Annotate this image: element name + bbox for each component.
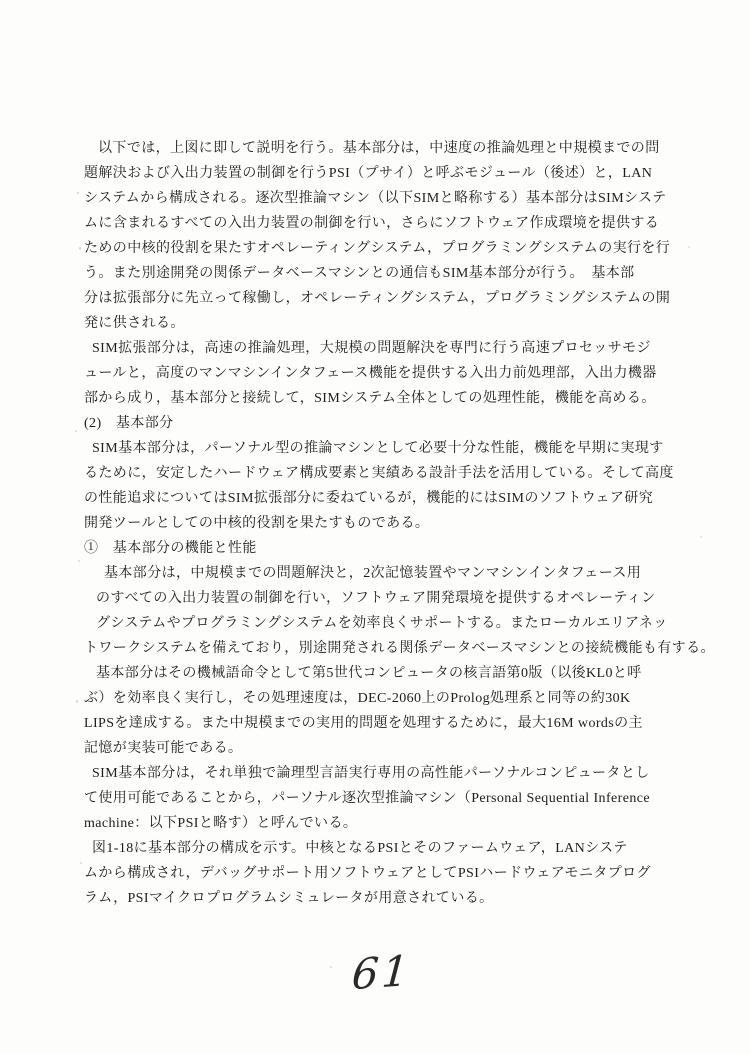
text-line: ムから構成され，デバッグサポート用ソフトウェアとしてPSIハードウェアモニタプロ…: [84, 861, 680, 886]
text-line: ュールと，高度のマンマシンインタフェース機能を提供する入出力前処理部，入出力機器: [84, 361, 680, 386]
scan-speck: [688, 246, 690, 248]
text-line: う。また別途開発の関係データベースマシンとの通信もSIM基本部分が行う。 基本部: [84, 261, 680, 286]
scan-speck: [77, 192, 79, 194]
text-line: ラム，PSIマイクロプログラムシミュレータが用意されている。: [84, 886, 680, 911]
scan-speck: [147, 144, 150, 148]
scan-speck: [76, 700, 78, 703]
text-line: 基本部分はその機械語命令として第5世代コンピュータの核言語第0版（以後KL0と呼: [84, 661, 680, 686]
text-line: グシステムやプログラミングシステムを効率良くサポートする。またローカルエリアネッ: [84, 611, 680, 636]
handwritten-page-number: 61: [350, 946, 413, 1000]
text-line: SIM拡張部分は，高速の推論処理，大規模の問題解決を専門に行う高速プロセッサモジ: [84, 336, 680, 361]
text-line: SIM基本部分は，それ単独で論理型言語実行専用の高性能パーソナルコンピュータとし: [84, 761, 680, 786]
text-line: 記憶が実装可能である。: [84, 736, 680, 761]
text-line: 図1-18に基本部分の構成を示す。中核となるPSIとそのファームウェア，LANシ…: [84, 836, 680, 861]
text-line: の性能追求についてはSIM拡張部分に委ねているが，機能的にはSIMのソフトウェア…: [84, 486, 680, 511]
text-line: システムから構成される。逐次型推論マシン（以下SIMと略称する）基本部分はSIM…: [84, 186, 680, 211]
text-line: 題解決および入出力装置の制御を行うPSI（プサイ）と呼ぶモジュール（後述）と，L…: [84, 161, 680, 186]
scanned-page: 以下では，上図に即して説明を行う。基本部分は，中速度の推論処理と中規模までの問題…: [0, 0, 750, 1054]
text-line: LIPSを達成する。また中規模までの実用的問題を処理するために，最大16M wo…: [84, 711, 680, 736]
scan-speck: [79, 247, 81, 250]
text-line: て使用可能であることから，パーソナル逐次型推論マシン（Personal Sequ…: [84, 786, 680, 811]
text-line: ① 基本部分の機能と性能: [84, 536, 680, 561]
text-line: ぶ）を効率良く実行し，その処理速度は，DEC-2060上のProlog処理系と同…: [84, 686, 680, 711]
text-line: 基本部分は，中規模までの問題解決と，2次記憶装置やマンマシンインタフェース用: [84, 561, 680, 586]
scan-speck: [700, 536, 702, 538]
scan-speck: [75, 430, 77, 432]
text-line: SIM基本部分は，パーソナル型の推論マシンとして必要十分な性能，機能を早期に実現…: [84, 436, 680, 461]
text-line: ための中核的役割を果たすオペレーティングシステム，プログラミングシステムの実行を…: [84, 236, 680, 261]
text-line: 分は拡張部分に先立って稼働し，オペレーティングシステム，プログラミングシステムの…: [84, 286, 680, 311]
scan-speck: [330, 966, 332, 968]
text-line: るために，安定したハードウェア構成要素と実績ある設計手法を活用している。そして高…: [84, 461, 680, 486]
text-line: 発に供される。: [84, 311, 680, 336]
text-line: ムに含まれるすべての入出力装置の制御を行い，さらにソフトウェア作成環境を提供する: [84, 211, 680, 236]
text-line: 以下では，上図に即して説明を行う。基本部分は，中速度の推論処理と中規模までの問: [84, 136, 680, 161]
text-line: トワークシステムを備えており，別途開発される関係データベースマシンとの接続機能も…: [84, 636, 680, 661]
scan-speck: [78, 560, 80, 562]
scan-speck: [80, 862, 82, 864]
text-line: 開発ツールとしての中核的役割を果たすものである。: [84, 511, 680, 536]
text-line: machine：以下PSIと略す）と呼んでいる。: [84, 811, 680, 836]
text-block: 以下では，上図に即して説明を行う。基本部分は，中速度の推論処理と中規模までの問題…: [84, 136, 680, 911]
text-line: 部から成り，基本部分と接続して，SIMシステム全体としての処理性能，機能を高める…: [84, 386, 680, 411]
text-line: のすべての入出力装置の制御を行い，ソフトウェア開発環境を提供するオペレーティン: [84, 586, 680, 611]
text-line: (2) 基本部分: [84, 411, 680, 436]
